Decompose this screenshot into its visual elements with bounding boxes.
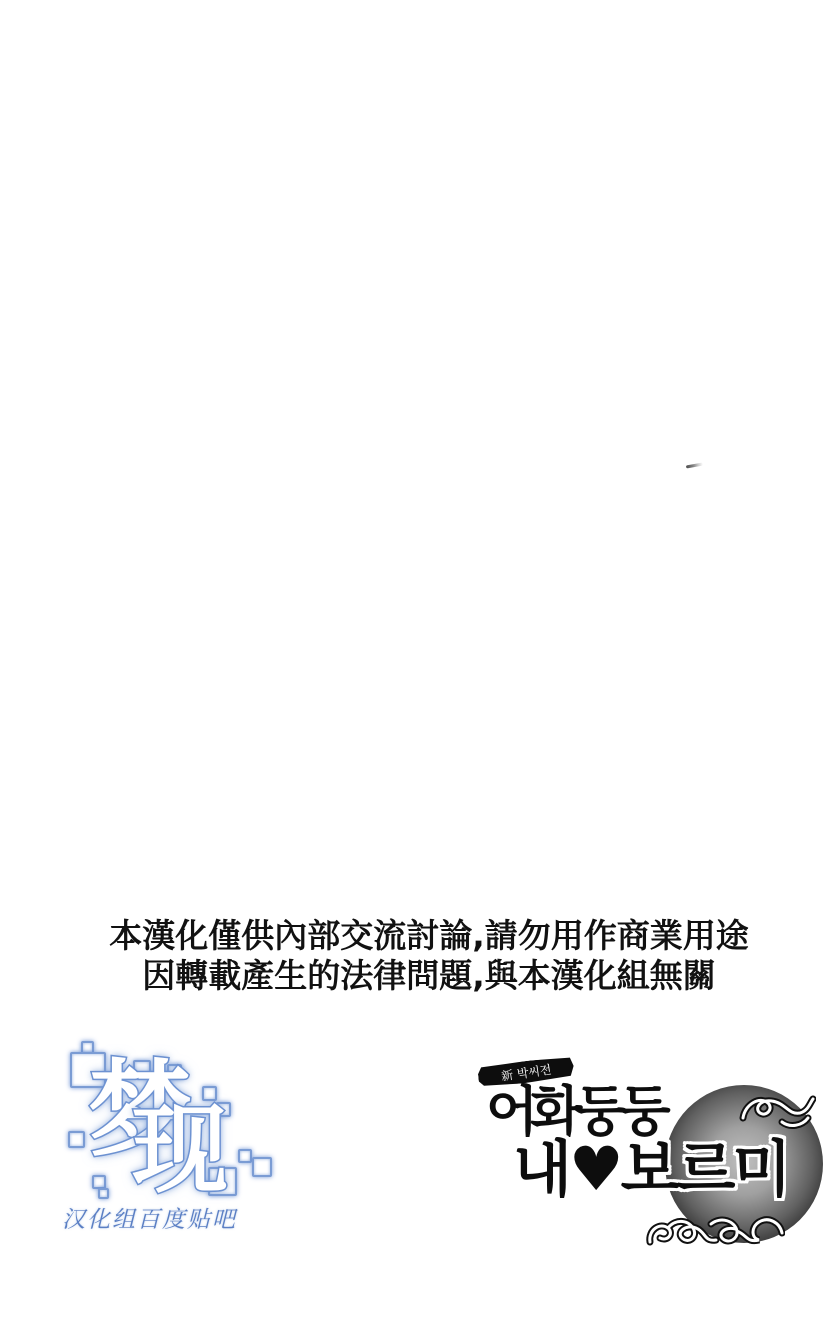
page-root: 本漢化僅供內部交流討論,請勿用作商業用途 因轉載產生的法律問題,與本漢化組無關 … [0, 0, 824, 1336]
pixel-square-icon [252, 1157, 272, 1177]
stray-dash-mark [686, 463, 703, 469]
pixel-square-icon [92, 1175, 106, 1189]
translator-subtitle: 汉化组百度贴吧 [62, 1201, 237, 1234]
pixel-square-icon [98, 1188, 109, 1199]
disclaimer-block: 本漢化僅供內部交流討論,請勿用作商業用途 因轉載產生的法律問題,與本漢化組無關 [109, 916, 749, 996]
disclaimer-line-1: 本漢化僅供內部交流討論,請勿用作商業用途 [109, 916, 749, 956]
cloud-scroll-bottom-icon [645, 1202, 785, 1250]
cloud-scroll-top-icon [738, 1088, 816, 1132]
pixel-square-icon [238, 1149, 252, 1163]
series-title-line-2: 내♥보르미 [513, 1139, 788, 1200]
logo-glyph-xian: 现 [132, 1102, 228, 1198]
disclaimer-line-2: 因轉載產生的法律問題,與本漢化組無關 [109, 956, 749, 996]
series-title-line-1: 어화둥둥 [486, 1085, 663, 1139]
pixel-square-icon [68, 1131, 85, 1148]
